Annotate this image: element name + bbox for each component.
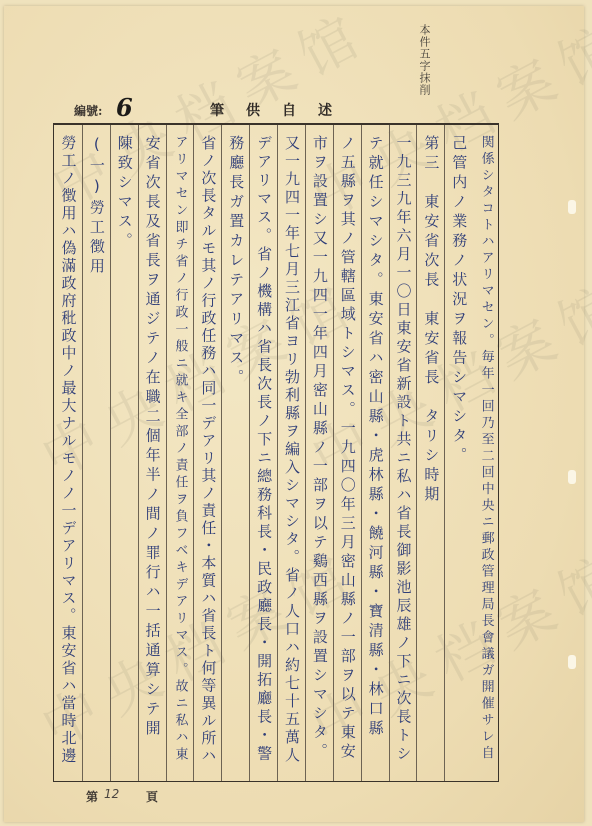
column-text: 務廳長ガ置カレテアリマス。 <box>228 135 243 389</box>
text-column: 又一九四一年七月三江省ヨリ勃利縣ヲ編入シマシタ。省ノ人口ハ約七十五萬人 <box>277 125 305 781</box>
text-column: デアリマス。省ノ機構ハ省長次長ノ下ニ總務科長・民政廳長・開拓廳長・警 <box>249 125 277 781</box>
text-column: 一九三九年六月一〇日東安省新設ト共ニ私ハ省長御影池辰雄ノ下ニ次長トシ <box>389 125 417 781</box>
text-column: 陳致シマス。 <box>110 125 138 781</box>
column-text: 省ノ次長タルモ其ノ行政任務ハ同一デアリ其ノ責任・本質ハ省長ト何等異ル所ハ <box>200 135 215 765</box>
text-column: 省ノ次長タルモ其ノ行政任務ハ同一デアリ其ノ責任・本質ハ省長ト何等異ル所ハ <box>193 125 221 781</box>
column-text: ノ五縣ヲ其ノ管轄區域トシマス。一九四〇年三月密山縣ノ一部ヲ以テ東安 <box>340 135 355 762</box>
text-column: 己管内ノ業務ノ状況ヲ報告シマシタ。 <box>444 125 472 781</box>
manuscript-grid: 関係シタコトハアリマセン。毎年一回乃至二回中央ニ郵政管理局長會議ガ開催サレ自己管… <box>53 123 499 782</box>
text-column: テ就任シマシタ。東安省ハ密山縣・虎林縣・饒河縣・寶清縣・林口縣 <box>361 125 389 781</box>
column-text: 第三 東安省次長 東安省長 タリシ時期 <box>423 135 438 506</box>
column-text: 一九三九年六月一〇日東安省新設ト共ニ私ハ省長御影池辰雄ノ下ニ次長トシ <box>395 135 410 764</box>
page-number: 12 <box>104 787 119 801</box>
text-column: アリマセン即チ省ノ行政一般ニ就キ全部ノ責任ヲ負フベキデアリマス。故ニ私ハ東 <box>166 125 194 781</box>
text-column: 安省次長及省長ヲ通ジテノ在職二個年半ノ間ノ罪行ハ一括通算シテ開 <box>138 125 166 781</box>
text-column: 勞工ノ徴用ハ偽滿政府秕政中ノ最大ナルモノノ一デアリマス。東安省ハ當時北邊 <box>54 125 82 781</box>
text-column: (一)勞工徴用 <box>82 125 110 781</box>
text-column: 務廳長ガ置カレテアリマス。 <box>221 125 249 781</box>
column-text: 関係シタコトハアリマセン。毎年一回乃至二回中央ニ郵政管理局長會議ガ開催サレ自 <box>480 135 493 762</box>
binding-hole <box>568 470 576 484</box>
column-text: 安省次長及省長ヲ通ジテノ在職二個年半ノ間ノ罪行ハ一括通算シテ開 <box>145 135 160 740</box>
form-header: 編號: 6 筆供自述 <box>0 98 592 120</box>
binding-hole <box>568 655 576 669</box>
serial-value: 6 <box>116 93 133 122</box>
column-text: 市ヲ設置シ又一九四一年四月密山縣ノ一部ヲ以テ鷄西縣ヲ設置シマシタ。 <box>312 135 327 762</box>
page-prefix: 第 <box>86 788 98 805</box>
column-text: (一)勞工徴用 <box>89 135 104 278</box>
column-text: デアリマス。省ノ機構ハ省長次長ノ下ニ總務科長・民政廳長・開拓廳長・警 <box>256 135 271 764</box>
column-text: 己管内ノ業務ノ状況ヲ報告シマシタ。 <box>451 135 466 467</box>
column-text: テ就任シマシタ。東安省ハ密山縣・虎林縣・饒河縣・寶清縣・林口縣 <box>368 135 383 740</box>
column-text: 陳致シマス。 <box>117 135 132 252</box>
column-text: アリマセン即チ省ノ行政一般ニ就キ全部ノ責任ヲ負フベキデアリマス。故ニ私ハ東 <box>173 135 186 764</box>
column-text: 勞工ノ徴用ハ偽滿政府秕政中ノ最大ナルモノノ一デアリマス。東安省ハ當時北邊 <box>60 135 75 765</box>
text-column: 市ヲ設置シ又一九四一年四月密山縣ノ一部ヲ以テ鷄西縣ヲ設置シマシタ。 <box>305 125 333 781</box>
form-title: 筆供自述 <box>210 100 354 120</box>
serial-label: 編號: <box>74 102 102 119</box>
text-column: ノ五縣ヲ其ノ管轄區域トシマス。一九四〇年三月密山縣ノ一部ヲ以テ東安 <box>333 125 361 781</box>
column-text: 又一九四一年七月三江省ヨリ勃利縣ヲ編入シマシタ。省ノ人口ハ約七十五萬人 <box>284 135 299 765</box>
text-column: 関係シタコトハアリマセン。毎年一回乃至二回中央ニ郵政管理局長會議ガ開催サレ自 <box>472 125 500 781</box>
page-suffix: 頁 <box>146 788 158 805</box>
binding-hole <box>568 200 576 214</box>
text-column: 第三 東安省次長 東安省長 タリシ時期 <box>416 125 444 781</box>
archive-annotation: 本件五字抹削 <box>418 24 432 96</box>
